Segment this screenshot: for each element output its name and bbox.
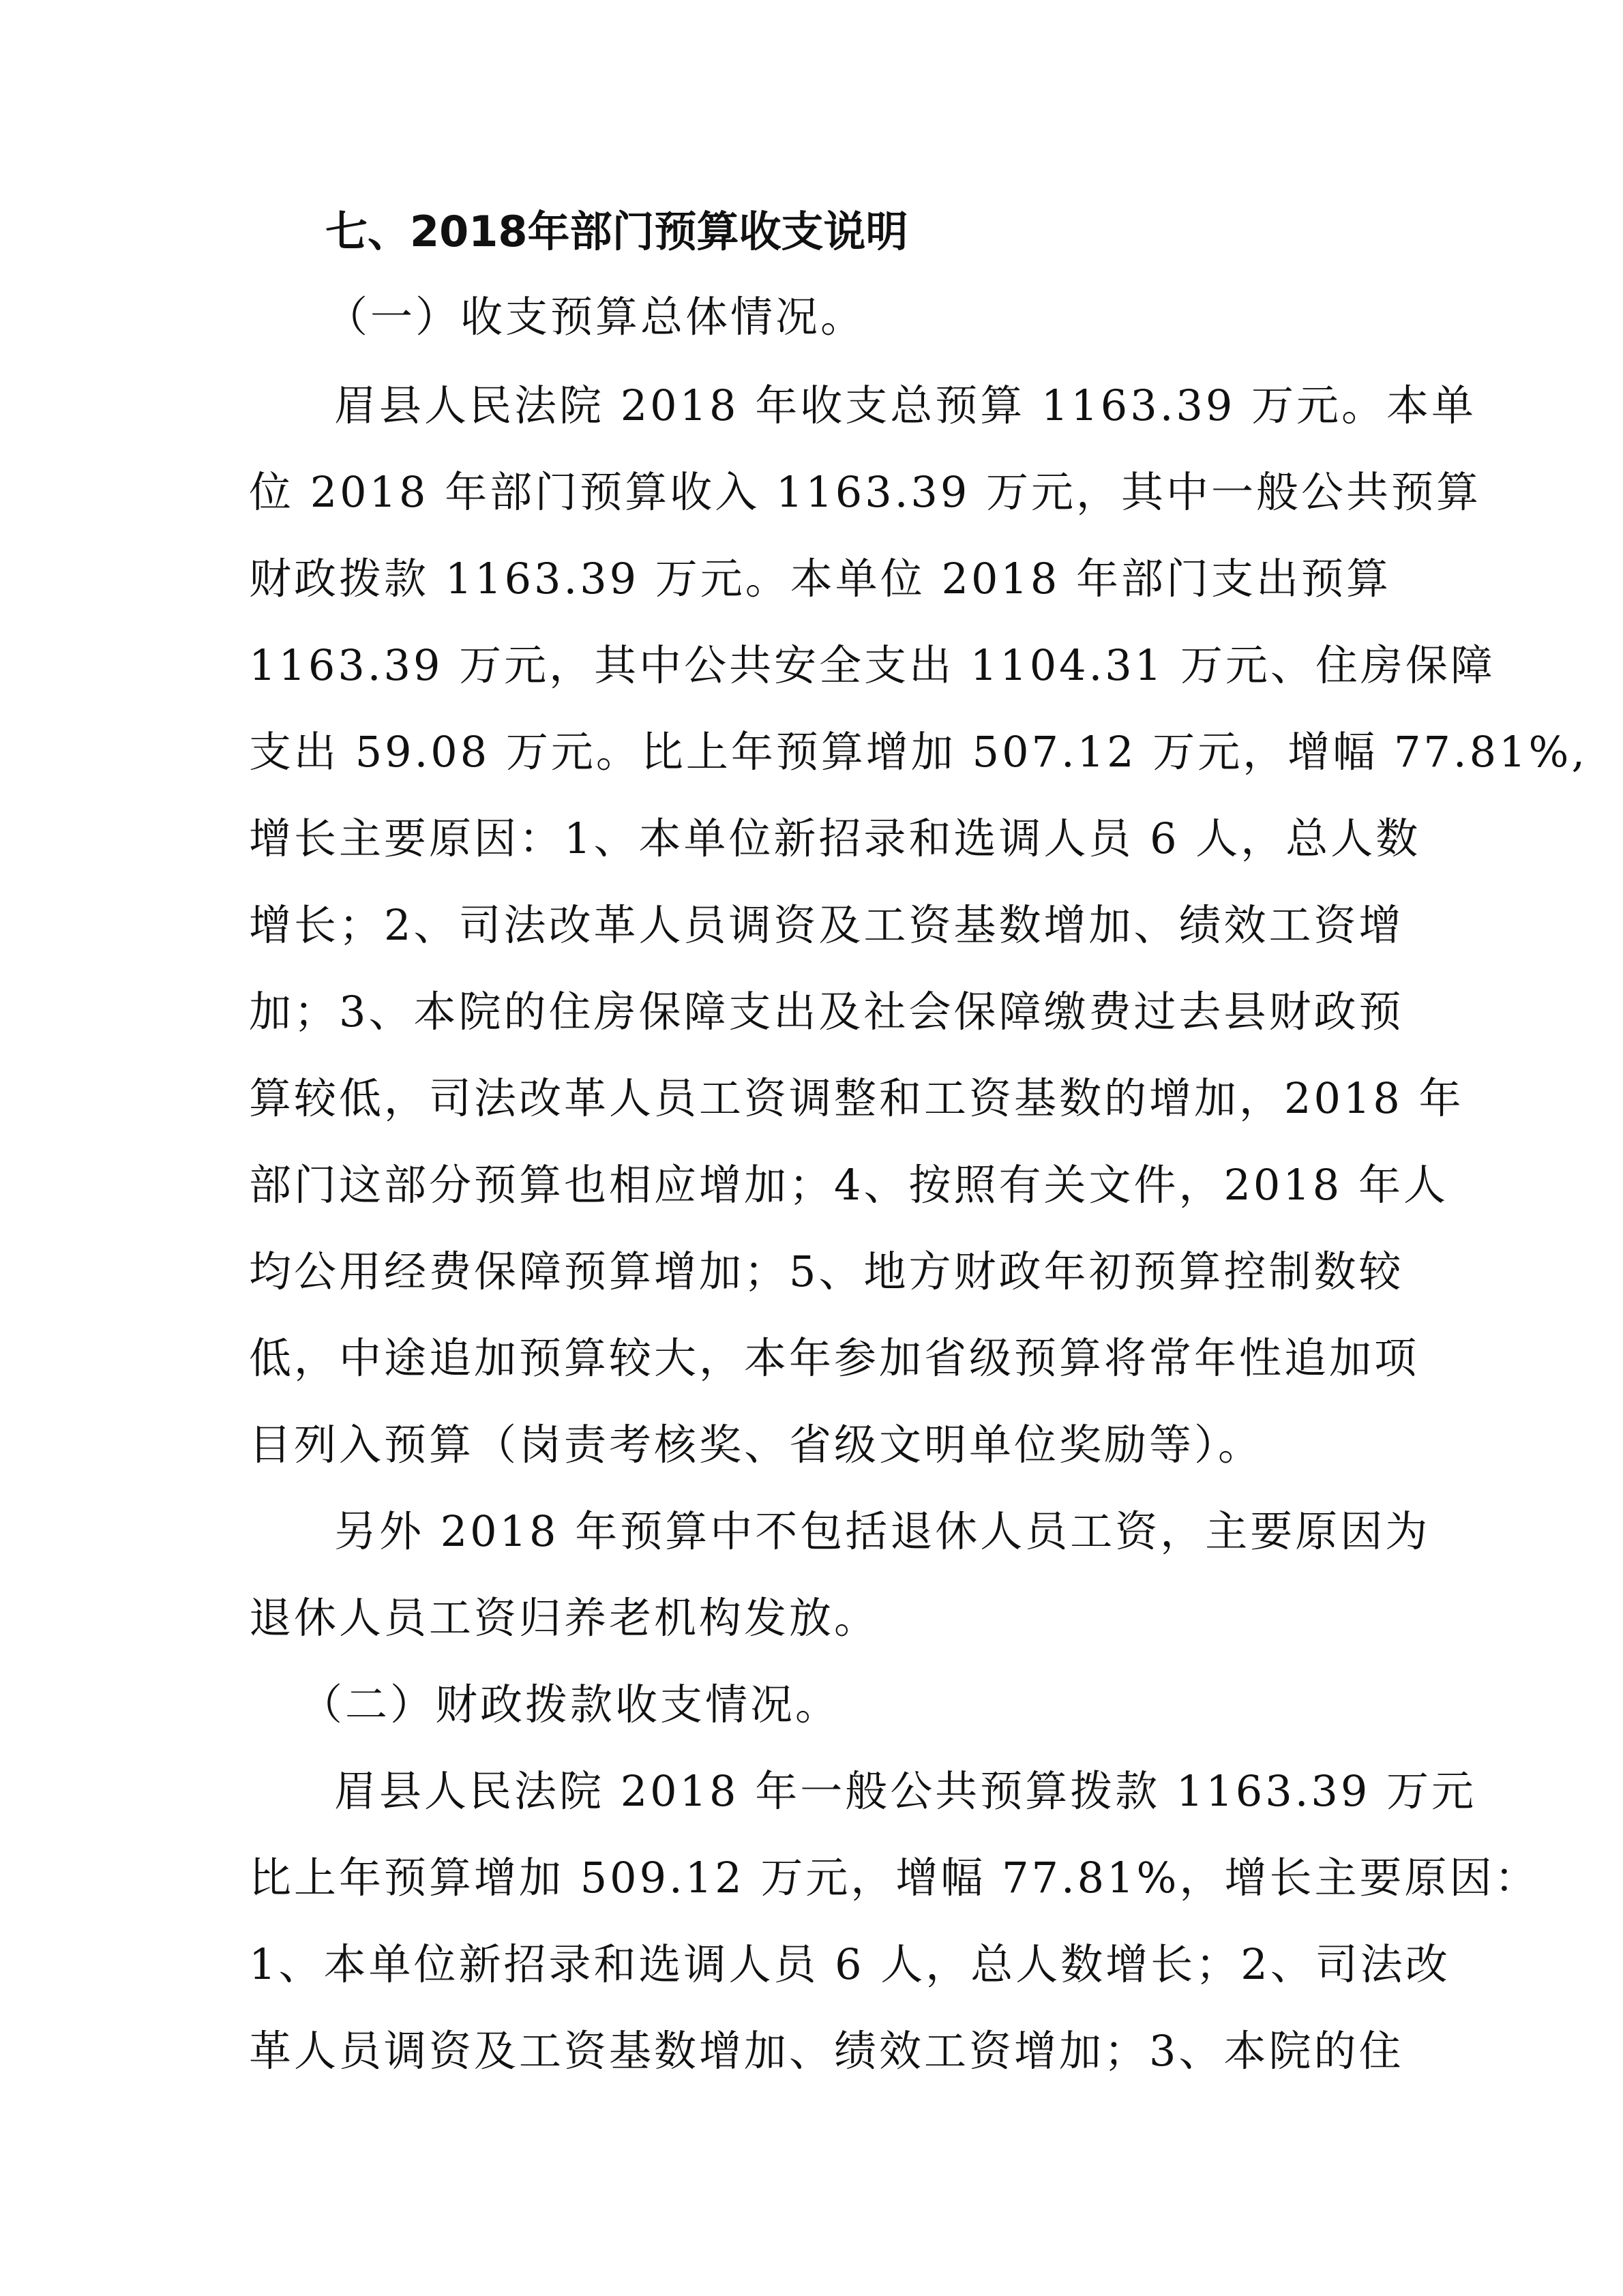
paragraph-line: 革人员调资及工资基数增加、绩效工资增加；3、本院的住 (249, 2024, 1374, 2078)
section-title: 七、2018年部门预算收支说明 (325, 205, 908, 259)
paragraph-line: 另外 2018 年预算中不包括退休人员工资，主要原因为 (334, 1504, 1374, 1559)
paragraph-line: 支出 59.08 万元。比上年预算增加 507.12 万元，增幅 77.81%, (249, 725, 1374, 779)
paragraph-line: 退休人员工资归养老机构发放。 (249, 1591, 879, 1645)
paragraph-line: 财政拨款 1163.39 万元。本单位 2018 年部门支出预算 (249, 552, 1391, 606)
subsection-2-title: （二）财政拨款收支情况。 (300, 1678, 840, 1732)
subsection-1-title: （一）收支预算总体情况。 (325, 290, 865, 344)
paragraph-line: 位 2018 年部门预算收入 1163.39 万元，其中一般公共预算 (249, 465, 1374, 520)
document-page: 七、2018年部门预算收支说明 （一）收支预算总体情况。 眉县人民法院 2018… (0, 0, 1623, 2296)
paragraph-line: 1163.39 万元，其中公共安全支出 1104.31 万元、住房保障 (249, 638, 1374, 693)
paragraph-line: 比上年预算增加 509.12 万元，增幅 77.81%，增长主要原因： (249, 1851, 1374, 1905)
paragraph-line: 增长；2、司法改革人员调资及工资基数增加、绩效工资增 (249, 898, 1374, 953)
paragraph-line: 加；3、本院的住房保障支出及社会保障缴费过去县财政预 (249, 985, 1374, 1039)
paragraph-line: 低，中途追加预算较大，本年参加省级预算将常年性追加项 (249, 1331, 1374, 1386)
paragraph-line: 部门这部分预算也相应增加；4、按照有关文件，2018 年人 (249, 1158, 1374, 1212)
paragraph-line: 1、本单位新招录和选调人员 6 人，总人数增长；2、司法改 (249, 1937, 1374, 1992)
paragraph-line: 眉县人民法院 2018 年一般公共预算拨款 1163.39 万元 (334, 1764, 1374, 1819)
paragraph-line: 增长主要原因：1、本单位新招录和选调人员 6 人，总人数 (249, 811, 1374, 866)
paragraph-line: 均公用经费保障预算增加；5、地方财政年初预算控制数较 (249, 1244, 1374, 1299)
paragraph-line: 眉县人民法院 2018 年收支总预算 1163.39 万元。本单 (334, 378, 1374, 433)
paragraph-line: 目列入预算（岗责考核奖、省级文明单位奖励等）。 (249, 1418, 1263, 1472)
paragraph-line: 算较低，司法改革人员工资调整和工资基数的增加，2018 年 (249, 1071, 1374, 1126)
